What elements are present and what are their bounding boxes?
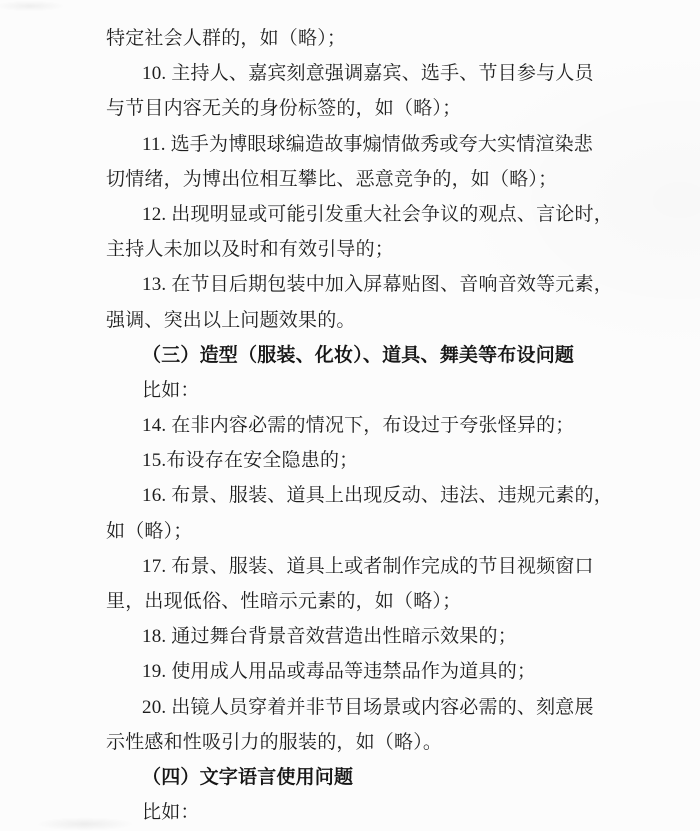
text-line: 与节目内容无关的身份标签的，如（略）； xyxy=(106,91,606,126)
text-line: 比如： xyxy=(106,795,606,830)
text-line: 11. 选手为博眼球编造故事煽情做秀或夸大实情渲染悲 xyxy=(106,127,606,162)
text-line: 20. 出镜人员穿着并非节目场景或内容必需的、刻意展 xyxy=(106,690,606,725)
document-page: 特定社会人群的，如（略）；10. 主持人、嘉宾刻意强调嘉宾、选手、节目参与人员与… xyxy=(0,0,700,831)
text-line: 13. 在节目后期包装中加入屏幕贴图、音响音效等元素， xyxy=(106,267,606,302)
text-line: 示性感和性吸引力的服装的，如（略）。 xyxy=(106,725,606,760)
text-line: 特定社会人群的，如（略）； xyxy=(106,21,606,56)
text-line: 19. 使用成人用品或毒品等违禁品作为道具的； xyxy=(106,654,606,689)
text-line: 16. 布景、服装、道具上出现反动、违法、违规元素的， xyxy=(106,478,606,513)
text-line: 17. 布景、服装、道具上或者制作完成的节目视频窗口 xyxy=(106,549,606,584)
text-line: 强调、突出以上问题效果的。 xyxy=(106,303,606,338)
text-line: 主持人未加以及时和有效引导的； xyxy=(106,232,606,267)
text-line: 14. 在非内容必需的情况下，布设过于夸张怪异的； xyxy=(106,408,606,443)
text-line: 里，出现低俗、性暗示元素的，如（略）； xyxy=(106,584,606,619)
text-line: 切情绪，为博出位相互攀比、恶意竞争的，如（略）； xyxy=(106,162,606,197)
text-line: 如（略）； xyxy=(106,514,606,549)
text-line: 15.布设存在安全隐患的； xyxy=(106,443,606,478)
document-text-block: 特定社会人群的，如（略）；10. 主持人、嘉宾刻意强调嘉宾、选手、节目参与人员与… xyxy=(106,21,606,830)
section-heading: （四）文字语言使用问题 xyxy=(106,760,606,795)
section-heading: （三）造型（服装、化妆）、道具、舞美等布设问题 xyxy=(106,338,606,373)
text-line: 18. 通过舞台背景音效营造出性暗示效果的； xyxy=(106,619,606,654)
text-line: 12. 出现明显或可能引发重大社会争议的观点、言论时， xyxy=(106,197,606,232)
text-line: 10. 主持人、嘉宾刻意强调嘉宾、选手、节目参与人员 xyxy=(106,56,606,91)
text-line: 比如： xyxy=(106,373,606,408)
